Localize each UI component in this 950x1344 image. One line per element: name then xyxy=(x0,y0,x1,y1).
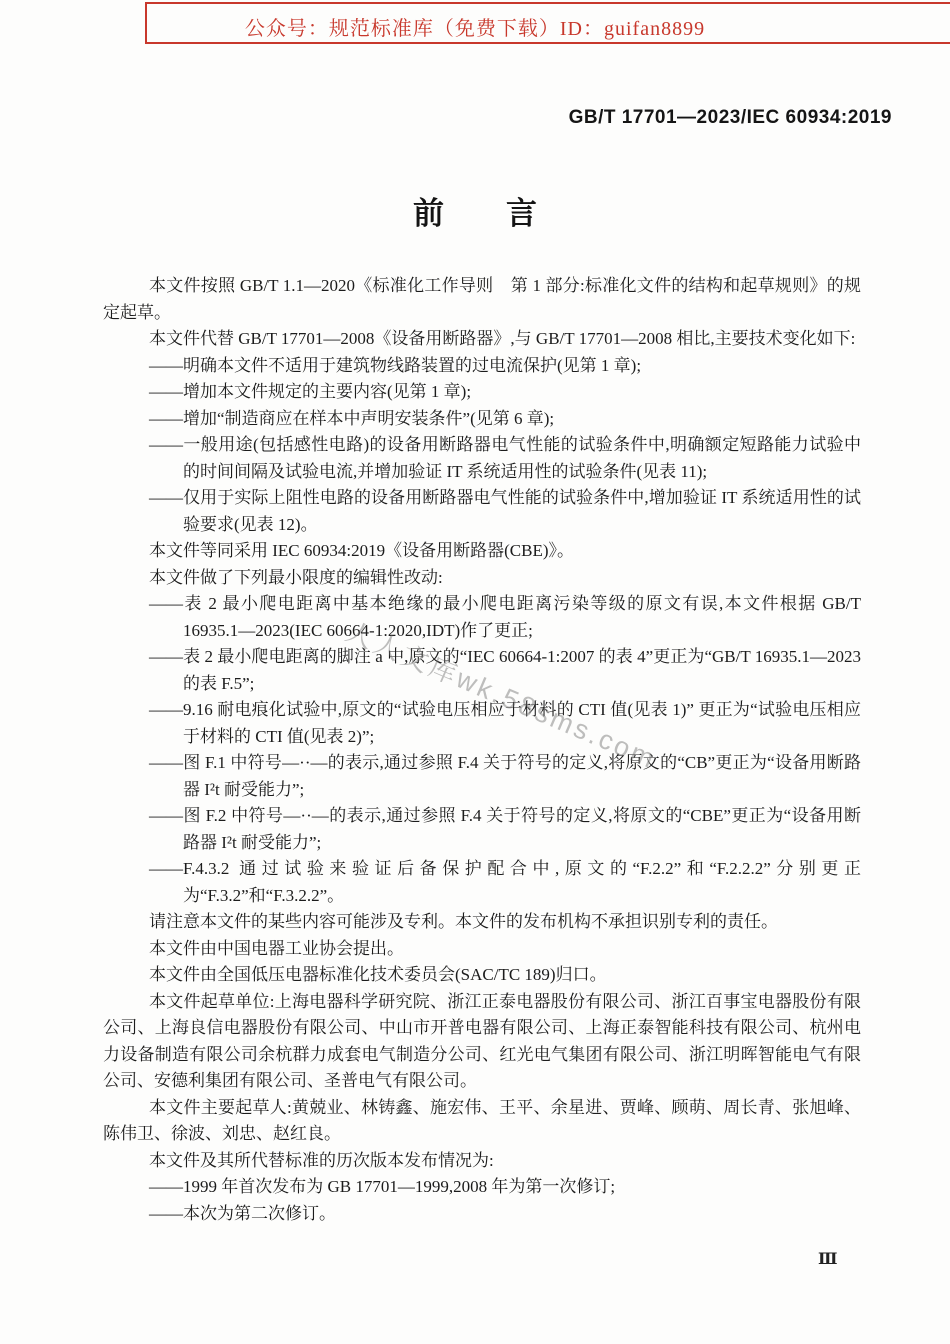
foreword-paragraph: ——表 2 最小爬电距离的脚注 a 中,原文的“IEC 60664-1:2007… xyxy=(103,644,861,697)
foreword-paragraph: ——图 F.2 中符号—··—的表示,通过参照 F.4 关于符号的定义,将原文的… xyxy=(103,803,861,856)
foreword-body: 本文件按照 GB/T 1.1—2020《标准化工作导则 第 1 部分:标准化文件… xyxy=(103,273,861,1227)
foreword-paragraph: 本文件起草单位:上海电器科学研究院、浙江正泰电器股份有限公司、浙江百事宝电器股份… xyxy=(103,989,861,1095)
foreword-paragraph: 本文件由全国低压电器标准化技术委员会(SAC/TC 189)归口。 xyxy=(103,962,861,989)
foreword-paragraph: ——本次为第二次修订。 xyxy=(103,1201,861,1228)
foreword-paragraph: 本文件及其所代替标准的历次版本发布情况为: xyxy=(103,1148,861,1175)
foreword-paragraph: ——表 2 最小爬电距离中基本绝缘的最小爬电距离污染等级的原文有误,本文件根据 … xyxy=(103,591,861,644)
foreword-paragraph: 本文件等同采用 IEC 60934:2019《设备用断路器(CBE)》。 xyxy=(103,538,861,565)
foreword-paragraph: 本文件按照 GB/T 1.1—2020《标准化工作导则 第 1 部分:标准化文件… xyxy=(103,273,861,326)
foreword-paragraph: 本文件代替 GB/T 17701—2008《设备用断路器》,与 GB/T 177… xyxy=(103,326,861,353)
foreword-paragraph: ——一般用途(包括感性电路)的设备用断路器电气性能的试验条件中,明确额定短路能力… xyxy=(103,432,861,485)
document-page: 公众号：规范标准库（免费下载）ID：guifan8899 GB/T 17701—… xyxy=(0,0,950,1344)
foreword-paragraph: 本文件做了下列最小限度的编辑性改动: xyxy=(103,565,861,592)
foreword-paragraph: 本文件主要起草人:黄兢业、林铸鑫、施宏伟、王平、余星进、贾峰、顾萌、周长青、张旭… xyxy=(103,1095,861,1148)
foreword-paragraph: ——图 F.1 中符号—··—的表示,通过参照 F.4 关于符号的定义,将原文的… xyxy=(103,750,861,803)
foreword-paragraph: ——增加“制造商应在样本中声明安装条件”(见第 6 章); xyxy=(103,406,861,433)
foreword-paragraph: ——增加本文件规定的主要内容(见第 1 章); xyxy=(103,379,861,406)
foreword-paragraph: ——1999 年首次发布为 GB 17701—1999,2008 年为第一次修订… xyxy=(103,1174,861,1201)
foreword-paragraph: 本文件由中国电器工业协会提出。 xyxy=(103,936,861,963)
foreword-paragraph: ——明确本文件不适用于建筑物线路装置的过电流保护(见第 1 章); xyxy=(103,353,861,380)
foreword-paragraph: ——仅用于实际上阻性电路的设备用断路器电气性能的试验条件中,增加验证 IT 系统… xyxy=(103,485,861,538)
banner-text: 公众号：规范标准库（免费下载）ID：guifan8899 xyxy=(0,12,950,41)
page-number: Ⅲ xyxy=(818,1249,837,1269)
foreword-paragraph: 请注意本文件的某些内容可能涉及专利。本文件的发布机构不承担识别专利的责任。 xyxy=(103,909,861,936)
standard-number: GB/T 17701—2023/IEC 60934:2019 xyxy=(569,107,892,129)
foreword-paragraph: ——F.4.3.2 通过试验来验证后备保护配合中,原文的“F.2.2”和“F.2… xyxy=(103,856,861,909)
page-title: 前 言 xyxy=(0,188,950,233)
foreword-paragraph: ——9.16 耐电痕化试验中,原文的“试验电压相应于材料的 CTI 值(见表 1… xyxy=(103,697,861,750)
